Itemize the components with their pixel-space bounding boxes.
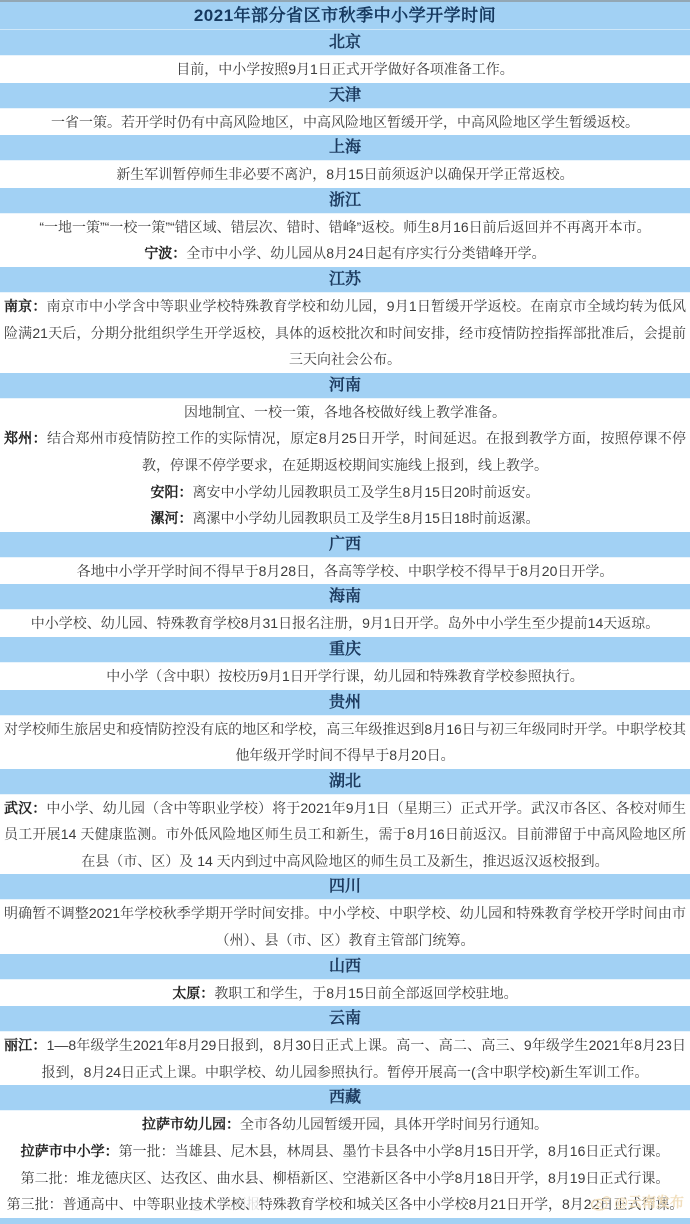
schedule-table: 2021年部分省区市秋季中小学开学时间 北京 目前，中小学按照9月1日正式开学做…	[0, 0, 690, 1224]
region-content-tianjin: 一省一策。若开学时仍有中高风险地区，中高风险地区暂缓开学，中高风险地区学生暂缓返…	[0, 109, 690, 136]
region-header-jiangsu: 江苏	[0, 267, 690, 293]
entry-text: 离漯中小学幼儿园教职员工及学生8月15日18时前返漯。	[193, 510, 540, 526]
region-header-shanghai: 上海	[0, 135, 690, 161]
entry-label: 武汉：	[4, 800, 46, 816]
section-hainan: 海南 中小学校、幼儿园、特殊教育学校8月31日报名注册，9月1日开学。岛外中小学…	[0, 584, 690, 637]
region-header-yunnan: 云南	[0, 1006, 690, 1032]
section-sichuan: 四川 明确暂不调整2021年学校秋季学期开学时间安排。中小学校、中职学校、幼儿园…	[0, 874, 690, 953]
region-header-beijing: 北京	[0, 30, 690, 56]
section-beijing: 北京 目前，中小学按照9月1日正式开学做好各项准备工作。	[0, 30, 690, 83]
region-header-zhejiang: 浙江	[0, 188, 690, 214]
entry: 武汉：中小学、幼儿园（含中等职业学校）将于2021年9月1日（星期三）正式开学。…	[4, 795, 686, 875]
entry-label: 太原：	[172, 985, 214, 1001]
section-hubei: 湖北 武汉：中小学、幼儿园（含中等职业学校）将于2021年9月1日（星期三）正式…	[0, 769, 690, 875]
entry-label: 丽江：	[4, 1037, 47, 1053]
section-xizang: 西藏 拉萨市幼儿园：全市各幼儿园暂缓开园，具体开学时间另行通知。 拉萨市中小学：…	[0, 1085, 690, 1217]
entry-text: 中小学（含中职）按校历9月1日开学行课，幼儿园和特殊教育学校参照执行。	[4, 663, 686, 690]
entry-label: 宁波：	[144, 245, 186, 261]
entry-text: 明确暂不调整2021年学校秋季学期开学时间安排。中小学校、中职学校、幼儿园和特殊…	[4, 900, 686, 953]
region-content-chongqing: 中小学（含中职）按校历9月1日开学行课，幼儿园和特殊教育学校参照执行。	[0, 663, 690, 690]
section-henan: 河南 因地制宜、一校一策，各地各校做好线上教学准备。 郑州：结合郑州市疫情防控工…	[0, 373, 690, 532]
region-header-hubei: 湖北	[0, 769, 690, 795]
entry: 拉萨市幼儿园：全市各幼儿园暂缓开园，具体开学时间另行通知。	[4, 1111, 686, 1138]
section-yunnan: 云南 丽江：1—8年级学生2021年8月29日报到，8月30日正式上课。高一、高…	[0, 1006, 690, 1085]
entry: 漯河：离漯中小学幼儿园教职员工及学生8月15日18时前返漯。	[4, 505, 686, 532]
entry-text: 教职工和学生，于8月15日前全部返回学校驻地。	[214, 985, 517, 1001]
section-shanghai: 上海 新生军训暂停师生非必要不离沪，8月15日前须返沪以确保开学正常返校。	[0, 135, 690, 188]
region-content-zhejiang: “一地一策”“一校一策”“错区域、错层次、错时、错峰”返校。师生8月16日前后返…	[0, 214, 690, 267]
region-header-henan: 河南	[0, 373, 690, 399]
region-header-hainan: 海南	[0, 584, 690, 610]
entry: 安阳：离安中小学幼儿园教职员工及学生8月15日20时前返安。	[4, 479, 686, 506]
entry-text: 全市中小学、幼儿园从8月24日起有序实行分类错峰开学。	[186, 245, 545, 261]
section-guizhou: 贵州 对学校师生旅居史和疫情防控没有底的地区和学校，高三年级推迟到8月16日与初…	[0, 690, 690, 769]
entry-text: 第一批：当雄县、尼木县，林周县、墨竹卡县各中小学8月15日开学，8月16日正式行…	[119, 1143, 670, 1159]
section-chongqing: 重庆 中小学（含中职）按校历9月1日开学行课，幼儿园和特殊教育学校参照执行。	[0, 637, 690, 690]
entry-label: 漯河：	[151, 510, 193, 526]
page-title: 2021年部分省区市秋季中小学开学时间	[0, 2, 690, 30]
entry-label: 拉萨市幼儿园：	[142, 1116, 240, 1132]
region-content-shanxi: 太原：教职工和学生，于8月15日前全部返回学校驻地。	[0, 980, 690, 1007]
entry-text: 1—8年级学生2021年8月29日报到，8月30日正式上课。高一、高二、高三、9…	[42, 1037, 686, 1080]
entry-text: 中小学、幼儿园（含中等职业学校）将于2021年9月1日（星期三）正式开学。武汉市…	[4, 800, 686, 869]
entry: 丽江：1—8年级学生2021年8月29日报到，8月30日正式上课。高一、高二、高…	[4, 1032, 686, 1085]
region-content-guizhou: 对学校师生旅居史和疫情防控没有底的地区和学校，高三年级推迟到8月16日与初三年级…	[0, 716, 690, 769]
entry-text: 离安中小学幼儿园教职员工及学生8月15日20时前返安。	[193, 484, 540, 500]
entry-text: “一地一策”“一校一策”“错区域、错层次、错时、错峰”返校。师生8月16日前后返…	[4, 214, 686, 241]
entry-label: 拉萨市中小学：	[21, 1143, 119, 1159]
entry-text: 对学校师生旅居史和疫情防控没有底的地区和学校，高三年级推迟到8月16日与初三年级…	[4, 716, 686, 769]
region-content-hainan: 中小学校、幼儿园、特殊教育学校8月31日报名注册，9月1日开学。岛外中小学生至少…	[0, 610, 690, 637]
region-header-sichuan: 四川	[0, 874, 690, 900]
region-header-chongqing: 重庆	[0, 637, 690, 663]
section-shanxi: 山西 太原：教职工和学生，于8月15日前全部返回学校驻地。	[0, 954, 690, 1007]
entry-text: 新生军训暂停师生非必要不离沪，8月15日前须返沪以确保开学正常返校。	[4, 161, 686, 188]
entry-label: 安阳：	[151, 484, 193, 500]
entry-text: 目前，中小学按照9月1日正式开学做好各项准备工作。	[4, 56, 686, 83]
entry: 郑州：结合郑州市疫情防控工作的实际情况，原定8月25日开学，时间延迟。在报到教学…	[4, 425, 686, 478]
region-header-tianjin: 天津	[0, 83, 690, 109]
region-content-guangxi: 各地中小学开学时间不得早于8月28日，各高等学校、中职学校不得早于8月20日开学…	[0, 558, 690, 585]
region-content-sichuan: 明确暂不调整2021年学校秋季学期开学时间安排。中小学校、中职学校、幼儿园和特殊…	[0, 900, 690, 953]
entry-text: 因地制宜、一校一策，各地各校做好线上教学准备。	[4, 399, 686, 426]
entry-text: 第三批：普通高中、中等职业技术学校、特殊教育学校和城关区各中小学校8月21日开学…	[4, 1191, 686, 1218]
region-content-shanghai: 新生军训暂停师生非必要不离沪，8月15日前须返沪以确保开学正常返校。	[0, 161, 690, 188]
entry-text: 各地中小学开学时间不得早于8月28日，各高等学校、中职学校不得早于8月20日开学…	[4, 558, 686, 585]
entry: 宁波：全市中小学、幼儿园从8月24日起有序实行分类错峰开学。	[4, 240, 686, 267]
section-zhejiang: 浙江 “一地一策”“一校一策”“错区域、错层次、错时、错峰”返校。师生8月16日…	[0, 188, 690, 267]
region-header-xizang: 西藏	[0, 1085, 690, 1111]
section-jiangsu: 江苏 南京：南京市中小学含中等职业学校特殊教育学校和幼儿园，9月1日暂缓开学返校…	[0, 267, 690, 373]
region-header-guangxi: 广西	[0, 532, 690, 558]
region-content-beijing: 目前，中小学按照9月1日正式开学做好各项准备工作。	[0, 56, 690, 83]
entry-text: 结合郑州市疫情防控工作的实际情况，原定8月25日开学，时间延迟。在报到教学方面，…	[47, 430, 686, 473]
region-content-hubei: 武汉：中小学、幼儿园（含中等职业学校）将于2021年9月1日（星期三）正式开学。…	[0, 795, 690, 875]
bottom-cutoff-row	[0, 1218, 690, 1224]
region-header-guizhou: 贵州	[0, 690, 690, 716]
region-header-shanxi: 山西	[0, 954, 690, 980]
section-tianjin: 天津 一省一策。若开学时仍有中高风险地区，中高风险地区暂缓开学，中高风险地区学生…	[0, 83, 690, 136]
entry-text: 中小学校、幼儿园、特殊教育学校8月31日报名注册，9月1日开学。岛外中小学生至少…	[4, 610, 686, 637]
region-content-yunnan: 丽江：1—8年级学生2021年8月29日报到，8月30日正式上课。高一、高二、高…	[0, 1032, 690, 1085]
entry-text: 南京市中小学含中等职业学校特殊教育学校和幼儿园，9月1日暂缓开学返校。在南京市全…	[4, 298, 686, 367]
region-content-jiangsu: 南京：南京市中小学含中等职业学校特殊教育学校和幼儿园，9月1日暂缓开学返校。在南…	[0, 293, 690, 373]
entry-label: 郑州：	[4, 430, 47, 446]
section-guangxi: 广西 各地中小学开学时间不得早于8月28日，各高等学校、中职学校不得早于8月20…	[0, 532, 690, 585]
entry: 南京：南京市中小学含中等职业学校特殊教育学校和幼儿园，9月1日暂缓开学返校。在南…	[4, 293, 686, 373]
region-content-xizang: 拉萨市幼儿园：全市各幼儿园暂缓开园，具体开学时间另行通知。 拉萨市中小学：第一批…	[0, 1111, 690, 1217]
entry-label: 南京：	[4, 298, 47, 314]
region-content-henan: 因地制宜、一校一策，各地各校做好线上教学准备。 郑州：结合郑州市疫情防控工作的实…	[0, 399, 690, 532]
entry-text: 第二批：堆龙德庆区、达孜区、曲水县、柳梧新区、空港新区各中小学8月18日开学，8…	[4, 1165, 686, 1192]
entry-text: 一省一策。若开学时仍有中高风险地区，中高风险地区暂缓开学，中高风险地区学生暂缓返…	[4, 109, 686, 136]
entry-text: 全市各幼儿园暂缓开园，具体开学时间另行通知。	[240, 1116, 548, 1132]
entry: 拉萨市中小学：第一批：当雄县、尼木县，林周县、墨竹卡县各中小学8月15日开学，8…	[4, 1138, 686, 1165]
entry: 太原：教职工和学生，于8月15日前全部返回学校驻地。	[4, 980, 686, 1007]
